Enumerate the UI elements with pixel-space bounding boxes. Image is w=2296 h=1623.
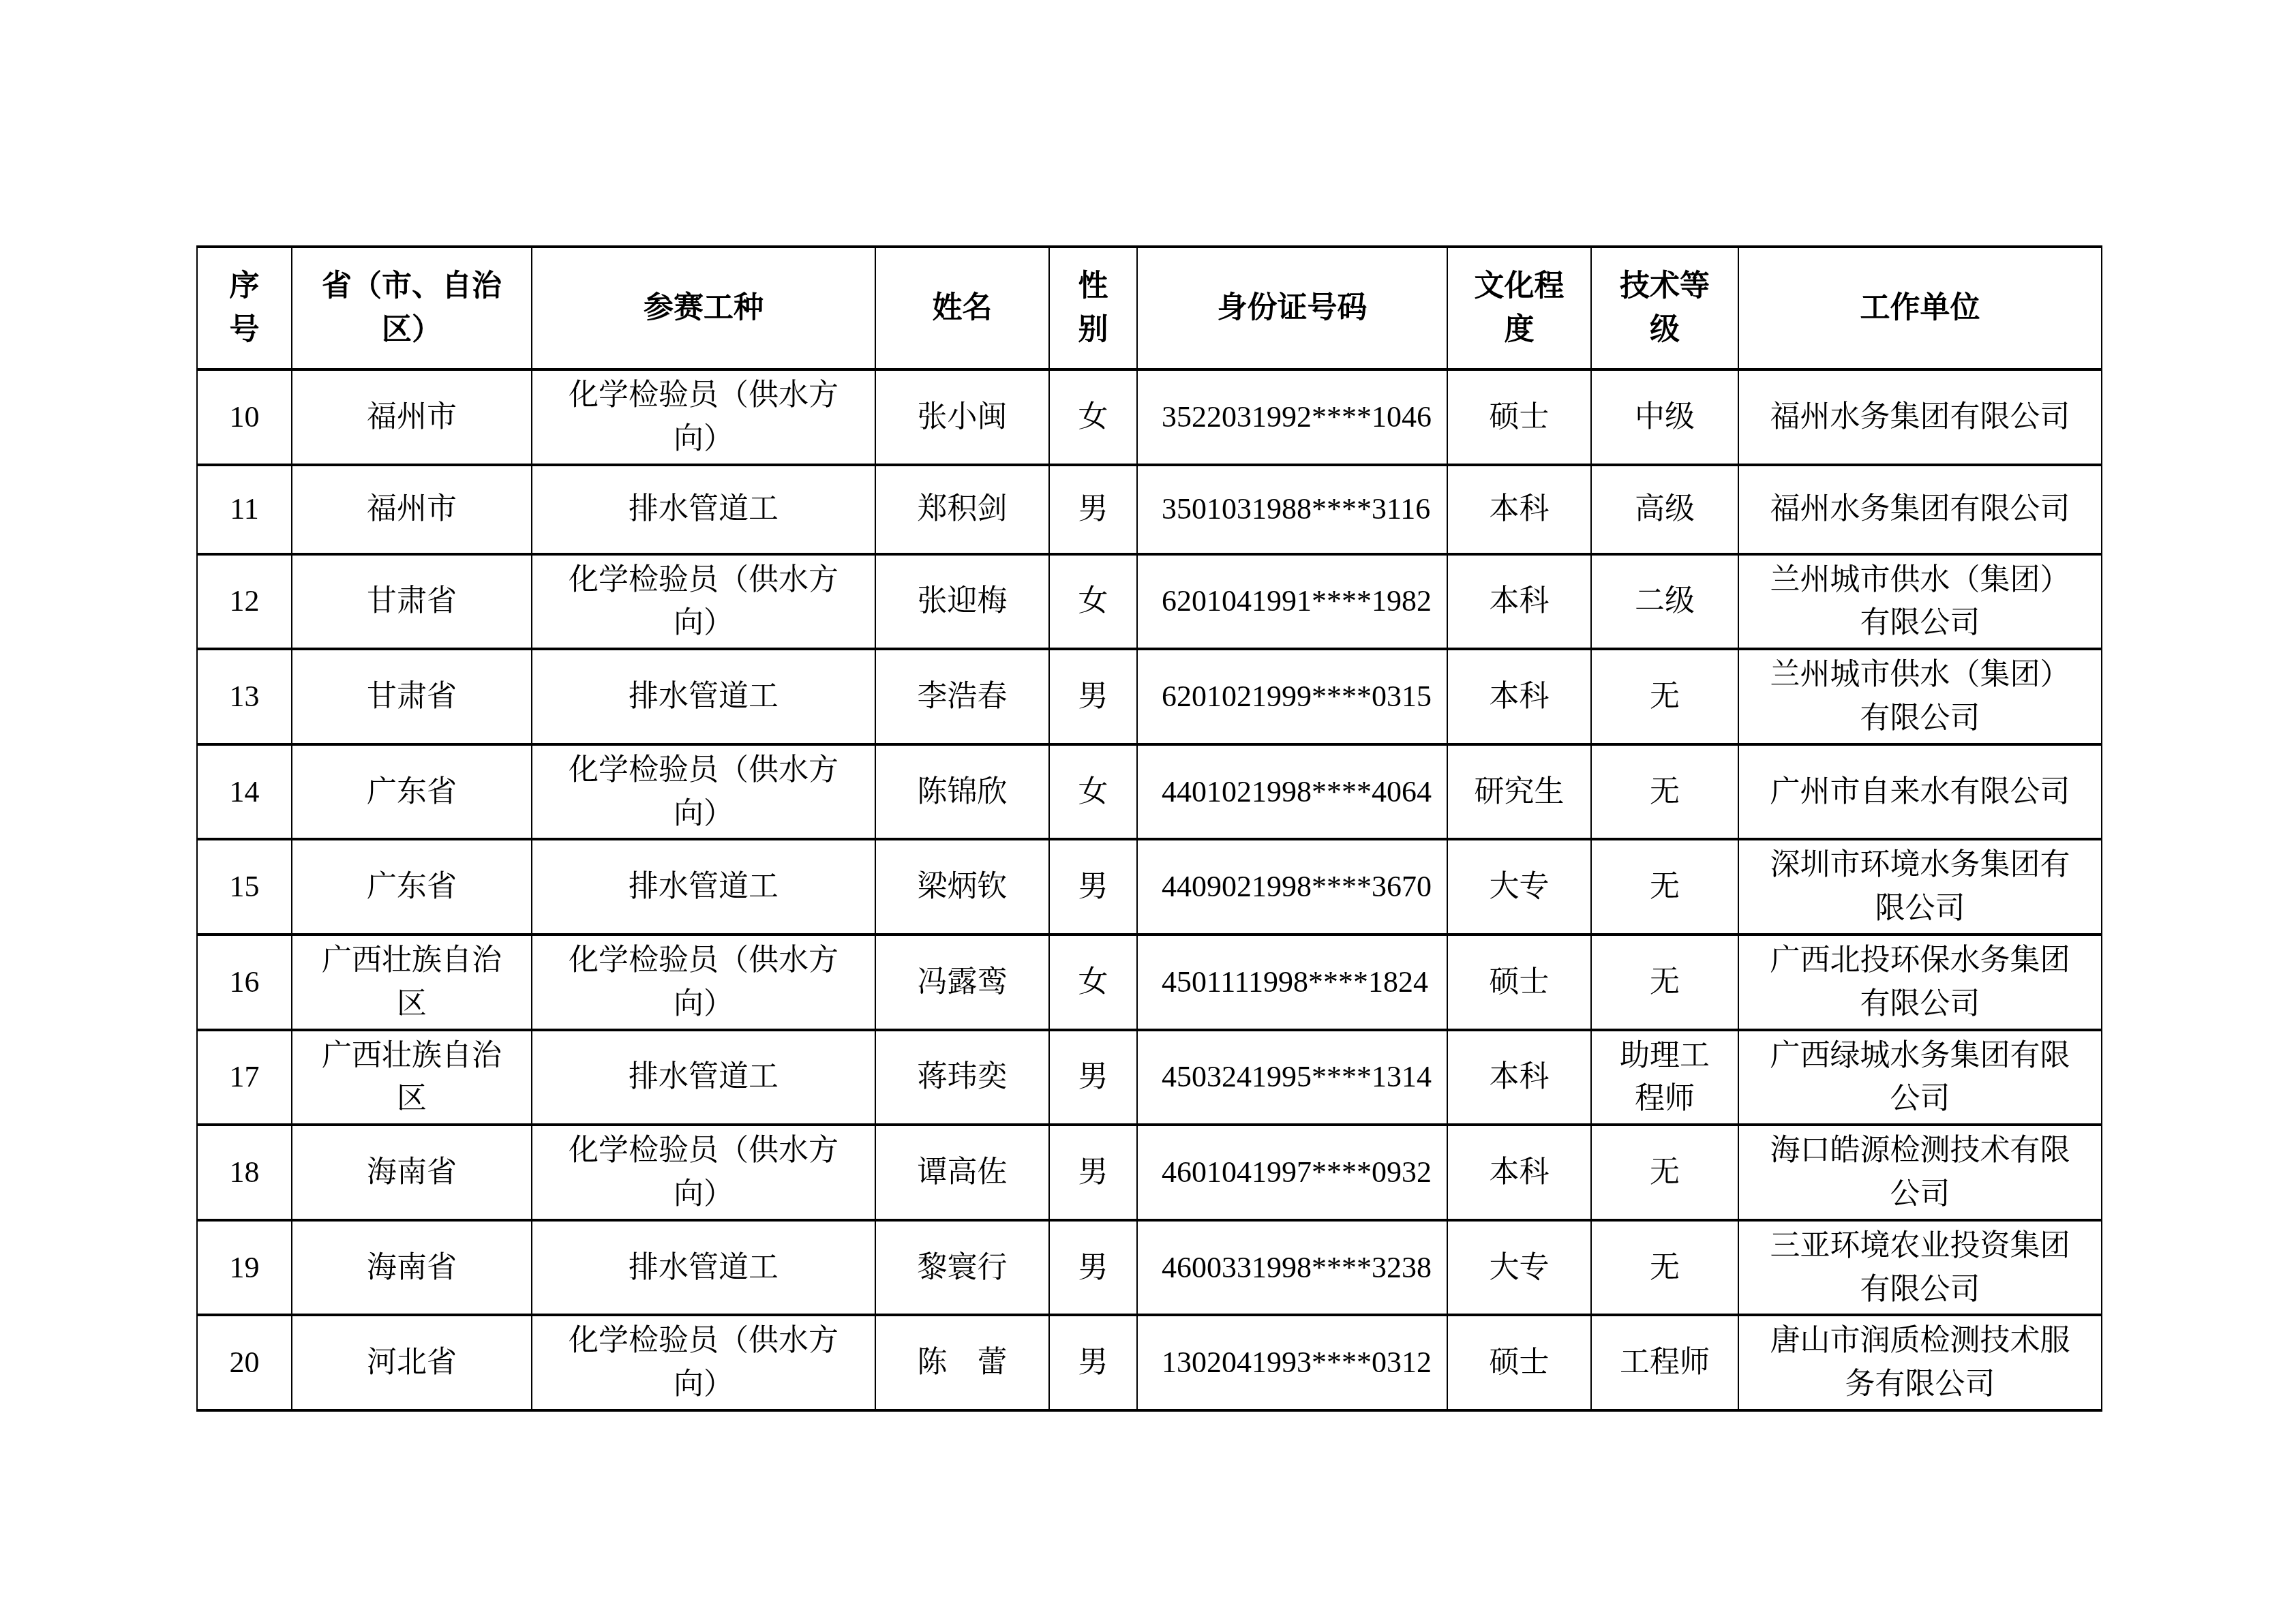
table-cell: 无: [1591, 744, 1738, 840]
table-cell: 男: [1049, 839, 1137, 935]
table-cell: 黎寰行: [875, 1220, 1049, 1316]
table-cell: 女: [1049, 554, 1137, 650]
table-cell: 工程师: [1591, 1315, 1738, 1410]
table-cell: 梁炳钦: [875, 839, 1049, 935]
table-cell: 男: [1049, 465, 1137, 554]
table-row: 19海南省排水管道工黎寰行男4600331998****3238大专无三亚环境农…: [197, 1220, 2102, 1316]
table-cell: 11: [197, 465, 292, 554]
header-row: 序号 省（市、自治区） 参赛工种 姓名 性别 身份证号码 文化程度 技术等级 工…: [197, 247, 2102, 369]
table-cell: 无: [1591, 649, 1738, 744]
table-cell: 4601041997****0932: [1137, 1125, 1447, 1220]
table-cell: 13: [197, 649, 292, 744]
table-cell: 17: [197, 1030, 292, 1125]
table-cell: 广西绿城水务集团有限公司: [1738, 1030, 2102, 1125]
table-cell: 本科: [1447, 1125, 1591, 1220]
table-cell: 3501031988****3116: [1137, 465, 1447, 554]
table-cell: 化学检验员（供水方向）: [532, 1315, 875, 1410]
table-cell: 排水管道工: [532, 465, 875, 554]
document-page: 序号 省（市、自治区） 参赛工种 姓名 性别 身份证号码 文化程度 技术等级 工…: [0, 0, 2296, 1623]
table-cell: 本科: [1447, 1030, 1591, 1125]
table-cell: 硕士: [1447, 369, 1591, 465]
table-cell: 3522031992****1046: [1137, 369, 1447, 465]
table-cell: 男: [1049, 649, 1137, 744]
table-cell: 女: [1049, 744, 1137, 840]
table-cell: 甘肃省: [292, 649, 532, 744]
column-header-province: 省（市、自治区）: [292, 247, 532, 369]
table-cell: 本科: [1447, 649, 1591, 744]
table-cell: 1302041993****0312: [1137, 1315, 1447, 1410]
table-cell: 无: [1591, 1125, 1738, 1220]
table-row: 16广西壮族自治区化学检验员（供水方向）冯露鸾女4501111998****18…: [197, 935, 2102, 1030]
table-cell: 排水管道工: [532, 1030, 875, 1125]
table-row: 10福州市化学检验员（供水方向）张小闽女3522031992****1046硕士…: [197, 369, 2102, 465]
table-cell: 硕士: [1447, 935, 1591, 1030]
table-cell: 本科: [1447, 465, 1591, 554]
table-cell: 18: [197, 1125, 292, 1220]
table-cell: 福州市: [292, 369, 532, 465]
table-cell: 张迎梅: [875, 554, 1049, 650]
table-cell: 4503241995****1314: [1137, 1030, 1447, 1125]
table-row: 15广东省排水管道工梁炳钦男4409021998****3670大专无深圳市环境…: [197, 839, 2102, 935]
table-cell: 河北省: [292, 1315, 532, 1410]
table-cell: 广州市自来水有限公司: [1738, 744, 2102, 840]
table-cell: 4401021998****4064: [1137, 744, 1447, 840]
table-cell: 二级: [1591, 554, 1738, 650]
table-cell: 化学检验员（供水方向）: [532, 744, 875, 840]
table-cell: 李浩春: [875, 649, 1049, 744]
table-cell: 化学检验员（供水方向）: [532, 1125, 875, 1220]
table-cell: 福州水务集团有限公司: [1738, 369, 2102, 465]
table-row: 20河北省化学检验员（供水方向）陈 蕾男1302041993****0312硕士…: [197, 1315, 2102, 1410]
table-row: 11福州市排水管道工郑积剑男3501031988****3116本科高级福州水务…: [197, 465, 2102, 554]
table-cell: 男: [1049, 1315, 1137, 1410]
table-cell: 4409021998****3670: [1137, 839, 1447, 935]
table-cell: 研究生: [1447, 744, 1591, 840]
table-cell: 三亚环境农业投资集团有限公司: [1738, 1220, 2102, 1316]
column-header-education: 文化程度: [1447, 247, 1591, 369]
table-cell: 广西壮族自治区: [292, 1030, 532, 1125]
table-cell: 深圳市环境水务集团有限公司: [1738, 839, 2102, 935]
table-cell: 大专: [1447, 839, 1591, 935]
table-cell: 化学检验员（供水方向）: [532, 554, 875, 650]
table-cell: 大专: [1447, 1220, 1591, 1316]
table-cell: 10: [197, 369, 292, 465]
table-cell: 15: [197, 839, 292, 935]
table-cell: 兰州城市供水（集团）有限公司: [1738, 649, 2102, 744]
column-header-gender: 性别: [1049, 247, 1137, 369]
table-cell: 谭高佐: [875, 1125, 1049, 1220]
column-header-employer: 工作单位: [1738, 247, 2102, 369]
table-cell: 化学检验员（供水方向）: [532, 369, 875, 465]
table-cell: 广东省: [292, 839, 532, 935]
table-cell: 唐山市润质检测技术服务有限公司: [1738, 1315, 2102, 1410]
table-cell: 广西壮族自治区: [292, 935, 532, 1030]
table-cell: 14: [197, 744, 292, 840]
table-cell: 化学检验员（供水方向）: [532, 935, 875, 1030]
table-cell: 陈锦欣: [875, 744, 1049, 840]
table-cell: 19: [197, 1220, 292, 1316]
table-cell: 20: [197, 1315, 292, 1410]
table-cell: 无: [1591, 935, 1738, 1030]
table-cell: 女: [1049, 935, 1137, 1030]
table-cell: 排水管道工: [532, 649, 875, 744]
table-cell: 排水管道工: [532, 1220, 875, 1316]
table-cell: 12: [197, 554, 292, 650]
table-cell: 冯露鸾: [875, 935, 1049, 1030]
table-cell: 郑积剑: [875, 465, 1049, 554]
table-row: 12甘肃省化学检验员（供水方向）张迎梅女6201041991****1982本科…: [197, 554, 2102, 650]
table-cell: 助理工程师: [1591, 1030, 1738, 1125]
table-cell: 广东省: [292, 744, 532, 840]
column-header-id-number: 身份证号码: [1137, 247, 1447, 369]
table-cell: 女: [1049, 369, 1137, 465]
table-cell: 硕士: [1447, 1315, 1591, 1410]
table-row: 17广西壮族自治区排水管道工蒋玮奕男4503241995****1314本科助理…: [197, 1030, 2102, 1125]
table-cell: 张小闽: [875, 369, 1049, 465]
table-row: 13甘肃省排水管道工李浩春男6201021999****0315本科无兰州城市供…: [197, 649, 2102, 744]
table-cell: 广西北投环保水务集团有限公司: [1738, 935, 2102, 1030]
table-cell: 高级: [1591, 465, 1738, 554]
table-cell: 甘肃省: [292, 554, 532, 650]
table-row: 18海南省化学检验员（供水方向）谭高佐男4601041997****0932本科…: [197, 1125, 2102, 1220]
table-cell: 陈 蕾: [875, 1315, 1049, 1410]
table-cell: 男: [1049, 1030, 1137, 1125]
table-cell: 男: [1049, 1125, 1137, 1220]
table-cell: 福州市: [292, 465, 532, 554]
column-header-trade: 参赛工种: [532, 247, 875, 369]
participant-table: 序号 省（市、自治区） 参赛工种 姓名 性别 身份证号码 文化程度 技术等级 工…: [196, 245, 2102, 1412]
table-cell: 海南省: [292, 1125, 532, 1220]
table-cell: 福州水务集团有限公司: [1738, 465, 2102, 554]
column-header-name: 姓名: [875, 247, 1049, 369]
table-row: 14广东省化学检验员（供水方向）陈锦欣女4401021998****4064研究…: [197, 744, 2102, 840]
table-cell: 无: [1591, 1220, 1738, 1316]
table-cell: 排水管道工: [532, 839, 875, 935]
column-header-skill-level: 技术等级: [1591, 247, 1738, 369]
table-cell: 4600331998****3238: [1137, 1220, 1447, 1316]
table-cell: 兰州城市供水（集团）有限公司: [1738, 554, 2102, 650]
table-cell: 4501111998****1824: [1137, 935, 1447, 1030]
table-cell: 本科: [1447, 554, 1591, 650]
table-header: 序号 省（市、自治区） 参赛工种 姓名 性别 身份证号码 文化程度 技术等级 工…: [197, 247, 2102, 369]
table-cell: 6201021999****0315: [1137, 649, 1447, 744]
table-cell: 无: [1591, 839, 1738, 935]
table-cell: 16: [197, 935, 292, 1030]
table-cell: 海口皓源检测技术有限公司: [1738, 1125, 2102, 1220]
table-cell: 男: [1049, 1220, 1137, 1316]
table-cell: 中级: [1591, 369, 1738, 465]
table-cell: 6201041991****1982: [1137, 554, 1447, 650]
table-cell: 蒋玮奕: [875, 1030, 1049, 1125]
table-cell: 海南省: [292, 1220, 532, 1316]
table-body: 10福州市化学检验员（供水方向）张小闽女3522031992****1046硕士…: [197, 369, 2102, 1410]
column-header-index: 序号: [197, 247, 292, 369]
